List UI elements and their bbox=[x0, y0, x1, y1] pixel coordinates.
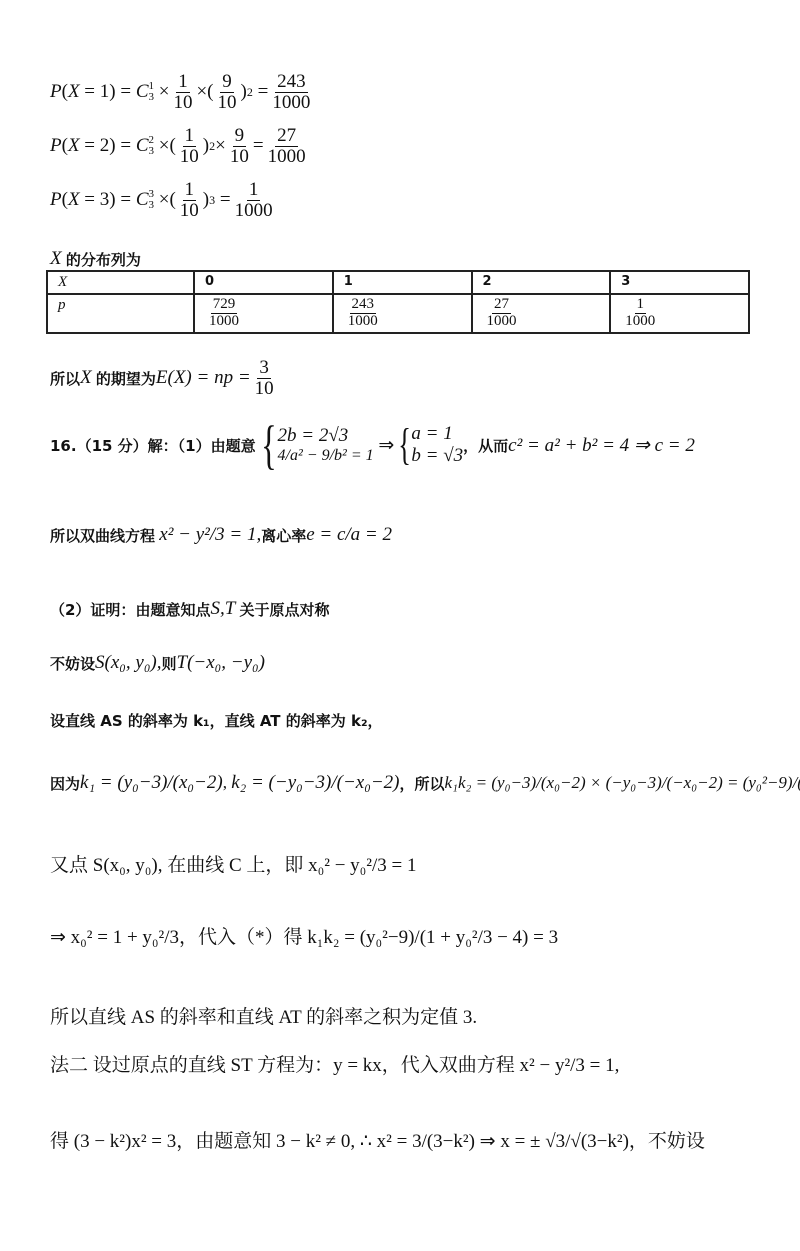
system-2: a = 1 b = √3 bbox=[411, 423, 463, 467]
substitute-line: ⇒ x₀² = 1 + y₀²/3，代入（*）得 k₁k₂ = (y₀²−9)/… bbox=[50, 922, 558, 949]
header-cell: 0 bbox=[194, 271, 333, 294]
conclusion-line: 所以直线 AS 的斜率和直线 AT 的斜率之积为定值 3. bbox=[50, 1002, 477, 1029]
prob-line-1: P(X = 1) = C13 ×110×(910)2 =2431000 bbox=[50, 72, 314, 113]
prob-line-3: P(X = 3) = C33 ×(110)3 =11000 bbox=[50, 180, 277, 221]
table-header-row: X 0 1 2 3 bbox=[47, 271, 749, 294]
part2-line: （2）证明：由题意知点 S,T 关于原点对称 bbox=[50, 598, 330, 620]
header-cell: 2 bbox=[472, 271, 611, 294]
slope-def-line: 设直线 AS 的斜率为 k₁，直线 AT 的斜率为 k₂， bbox=[50, 710, 383, 731]
prob-line-2: P(X = 2) = C23 ×(110)2×910=271000 bbox=[50, 126, 310, 167]
assume-line: 不妨设 S(x₀, y₀), 则 T(−x₀, −y₀) bbox=[50, 652, 265, 674]
method2-result-line: 得 (3 − k²)x² = 3，由题意知 3 − k² ≠ 0, ∴ x² =… bbox=[50, 1126, 705, 1153]
q16-part1: 16.（15 分）解：（1）由题意 { 2b = 2√3 4/a² − 9/b²… bbox=[50, 418, 695, 472]
method2-line: 法二 设过原点的直线 ST 方程为：y = kx，代入双曲方程 x² − y²/… bbox=[50, 1050, 619, 1077]
distribution-table: X 0 1 2 3 p 7291000 2431000 271000 11000 bbox=[46, 270, 750, 334]
prob1-den: 1000 bbox=[270, 93, 312, 113]
prob1-num: 243 bbox=[275, 72, 308, 93]
prob3-num: 1 bbox=[247, 180, 261, 201]
question-label: 16.（15 分）解：（1）由题意 bbox=[50, 435, 256, 456]
prob2-den: 1000 bbox=[266, 147, 308, 167]
on-curve-line: 又点 S(x₀, y₀), 在曲线 C 上，即 x₀² − y₀²/3 = 1 bbox=[50, 850, 417, 877]
row-label: p bbox=[47, 294, 194, 333]
header-cell: X bbox=[47, 271, 194, 294]
expectation-line: 所以 X 的期望为 E(X) = np = 310 bbox=[50, 358, 278, 399]
slope-product-line: 因为 k₁ = (y₀−3)/(x₀−2), k₂ = (−y₀−3)/(−x₀… bbox=[50, 772, 800, 794]
header-cell: 1 bbox=[333, 271, 472, 294]
header-cell: 3 bbox=[610, 271, 749, 294]
hyperbola-line: 所以双曲线方程 x² − y²/3 = 1, 离心率 e = c/a = 2 bbox=[50, 524, 392, 546]
distribution-caption: X 的分布列为 bbox=[50, 248, 141, 270]
table-row: p 7291000 2431000 271000 11000 bbox=[47, 294, 749, 333]
prob2-num: 27 bbox=[275, 126, 298, 147]
prob3-den: 1000 bbox=[233, 201, 275, 221]
system-1: 2b = 2√3 4/a² − 9/b² = 1 bbox=[278, 425, 374, 465]
